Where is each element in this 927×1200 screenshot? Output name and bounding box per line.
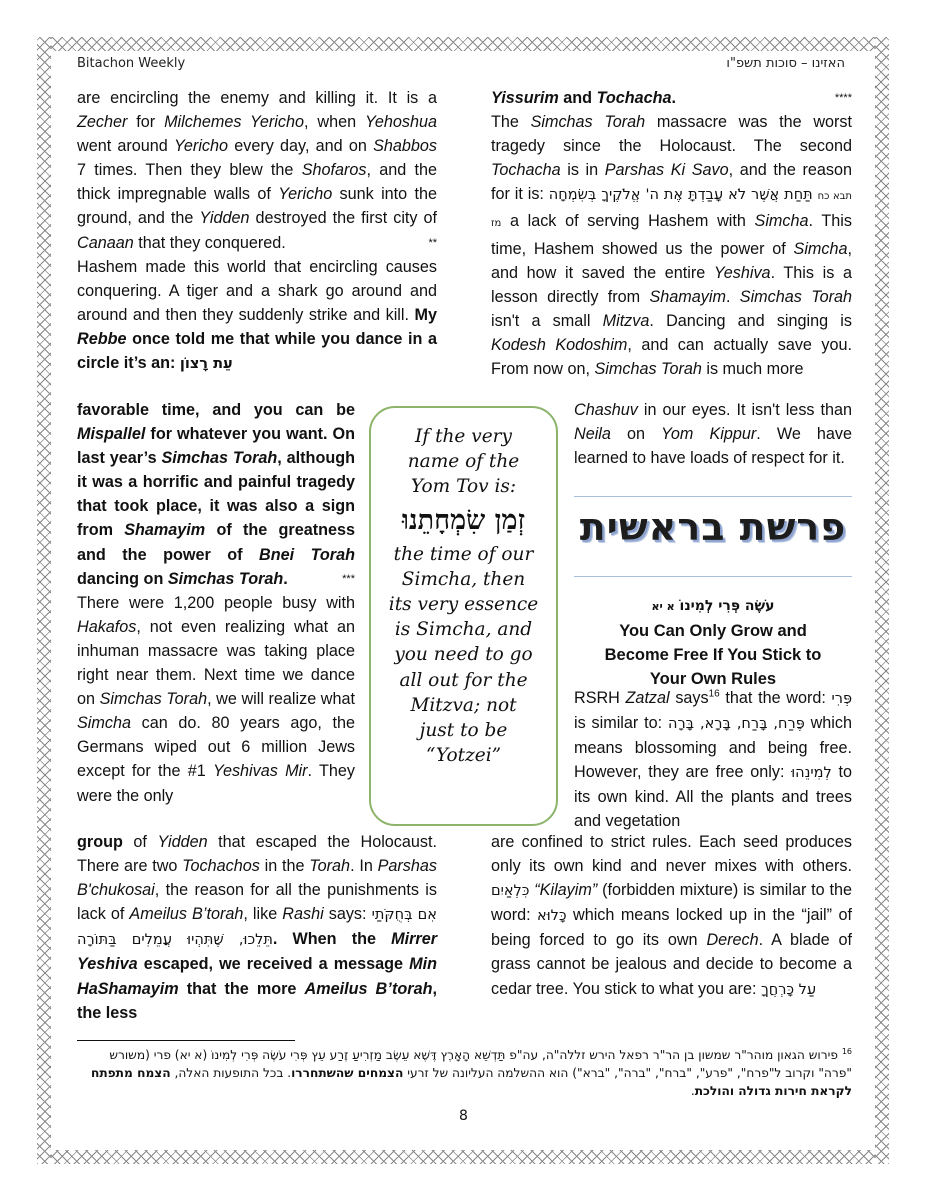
- divider-line: [574, 576, 852, 577]
- parsha-title: פרשת בראשית: [574, 505, 852, 549]
- paragraph: Hashem made this world that encircling c…: [77, 255, 437, 376]
- paragraph: Yissurim and Tochacha. ****: [491, 86, 852, 110]
- footnote-separator: [77, 1040, 295, 1041]
- paragraph: Chashuv in our eyes. It isn't less than …: [574, 398, 852, 470]
- paragraph: are encircling the enemy and killing it.…: [77, 86, 437, 255]
- pull-quote-box: If the very name of the Yom Tov is: זְמַ…: [369, 406, 558, 826]
- article-heading: עֹשֶׂה פְּרִי לְמִינוֹ א יא You Can Only…: [574, 594, 852, 691]
- left-column-top: are encircling the enemy and killing it.…: [77, 86, 437, 376]
- left-column-middle: favorable time, and you can be Mispallel…: [77, 398, 355, 808]
- hebrew-verse: תַּחַת אֲשֶׁר לֹא עָבַדְתָּ אֶת ה' אֱלֹק…: [549, 187, 813, 203]
- divider-line: [574, 496, 852, 497]
- footnote-marker[interactable]: 16: [709, 689, 720, 700]
- paragraph: RSRH Zatzal says16 that the word: פְּרִי…: [574, 686, 852, 834]
- paragraph: The Simchas Torah massacre was the worst…: [491, 110, 852, 381]
- paragraph: are confined to strict rules. Each seed …: [491, 830, 852, 1002]
- right-column-top: Yissurim and Tochacha. **** The Simchas …: [491, 86, 852, 381]
- page-number: 8: [0, 1108, 927, 1124]
- left-column-bottom: group of Yidden that escaped the Holocau…: [77, 830, 437, 1025]
- right-column-bottom: are confined to strict rules. Each seed …: [491, 830, 852, 1002]
- section-divider-stars: ***: [342, 567, 355, 591]
- right-column-lower: RSRH Zatzal says16 that the word: פְּרִי…: [574, 686, 852, 834]
- hebrew-phrase: עֵת רָצוֹן: [180, 356, 233, 372]
- footnote: 16 פירוש הגאון מוהר"ר שמשון בן הר"ר רפאל…: [77, 1046, 852, 1100]
- header-parsha-date: האזינו – סוכות תשפ"ו: [726, 56, 845, 71]
- header-publication-title: Bitachon Weekly: [77, 56, 185, 71]
- heading-hebrew-verse: עֹשֶׂה פְּרִי לְמִינוֹ א יא: [574, 594, 852, 619]
- section-divider-stars: ****: [835, 86, 852, 110]
- section-divider-stars: **: [428, 231, 437, 255]
- pull-quote-hebrew: זְמַן שִׂמְחָתֵנוּ: [371, 500, 556, 542]
- footnote-number: 16: [842, 1047, 852, 1056]
- paragraph: There were 1,200 people busy with Hakafo…: [77, 591, 355, 808]
- paragraph: group of Yidden that escaped the Holocau…: [77, 830, 437, 1025]
- right-column-middle: Chashuv in our eyes. It isn't less than …: [574, 398, 852, 470]
- paragraph: favorable time, and you can be Mispallel…: [77, 398, 355, 591]
